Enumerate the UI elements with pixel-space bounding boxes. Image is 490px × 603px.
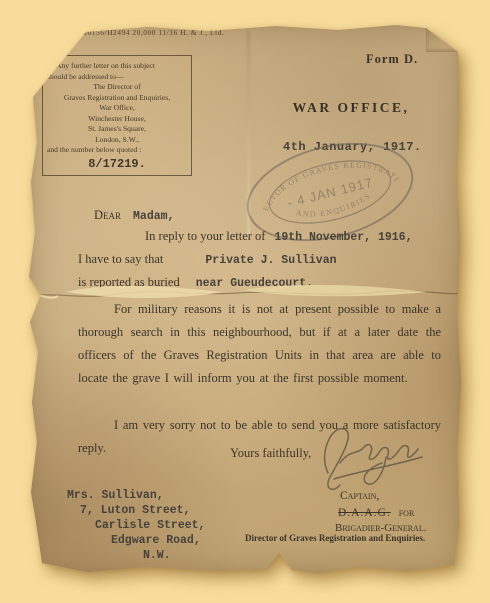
letter-paper-wrap: (9114) Wt. W10156/H2494 20,000 11/16 H. … (28, 22, 462, 575)
body-line-2-printed: I have to say that (78, 252, 163, 266)
salutation-typed: Madam, (133, 210, 174, 223)
letter-paper: (9114) Wt. W10156/H2494 20,000 11/16 H. … (28, 22, 462, 575)
recipient-line: N.W. (67, 548, 205, 563)
corner-fold (426, 28, 458, 52)
body-line-1-printed: In reply to your letter of (145, 229, 265, 243)
for-text: for (399, 507, 415, 519)
body-line-3: is reported as buriednear Gueudecourt. (78, 275, 313, 290)
salutation: DearMadam, (94, 208, 174, 223)
return-address-box: Any further letter on this subject shoul… (42, 55, 192, 176)
address-box-line: and the number below quoted : (47, 145, 187, 156)
svg-text:DIRECTOR OF GRAVES REGISTRATIO: DIRECTOR OF GRAVES REGISTRATION (231, 122, 403, 223)
body-line-2: I have to say thatPrivate J. Sullivan (78, 252, 337, 267)
body-line-3-typed: near Gueudecourt. (196, 277, 313, 290)
letterhead-war-office: WAR OFFICE, (266, 100, 436, 116)
address-box-line: The Director of (47, 82, 187, 93)
body-line-3-printed: is reported as buried (78, 275, 180, 289)
reference-number: 8/17219. (47, 156, 187, 170)
recipient-line: Edgware Road, (67, 533, 205, 548)
recipient-line: Mrs. Sullivan, (67, 488, 205, 503)
address-box-line: St. James's Square, (47, 124, 187, 135)
signer-rank: Captain, (340, 490, 379, 502)
body-paragraph-2: For military reasons it is not at presen… (78, 298, 441, 390)
address-box-line: War Office, (47, 103, 187, 114)
struck-daag: D.A.A.G. (338, 507, 391, 519)
address-box-line: Graves Registration and Enquiries, (47, 93, 187, 104)
body-line-1-typed: 19th November, 1916, (274, 231, 412, 244)
address-box-line: should be addressed to— (47, 72, 187, 83)
form-designation: Form D. (366, 52, 418, 67)
printer-imprint: (9114) Wt. W10156/H2494 20,000 11/16 H. … (36, 28, 224, 37)
address-box-line: Any further letter on this subject (47, 61, 187, 72)
signature (310, 415, 440, 500)
stamp-top-text: DIRECTOR OF GRAVES REGISTRATION (231, 122, 403, 223)
salutation-printed: Dear (94, 208, 121, 222)
body-line-1: In reply to your letter of19th November,… (145, 229, 412, 244)
recipient-line: Carlisle Street, (67, 518, 205, 533)
address-box-line: Winchester House, (47, 114, 187, 125)
signer-office-title: Director of Graves Registration and Enqu… (245, 533, 425, 543)
recipient-address: Mrs. Sullivan, 7, Luton Street, Carlisle… (67, 488, 205, 563)
body-line-2-typed: Private J. Sullivan (205, 254, 336, 267)
closing-valediction: Yours faithfully, (230, 446, 311, 461)
signer-appointment: D.A.A.G.for (338, 507, 414, 519)
address-box-line: London, S.W., (47, 135, 187, 146)
recipient-line: 7, Luton Street, (67, 503, 205, 518)
scan-background: (9114) Wt. W10156/H2494 20,000 11/16 H. … (0, 0, 490, 603)
